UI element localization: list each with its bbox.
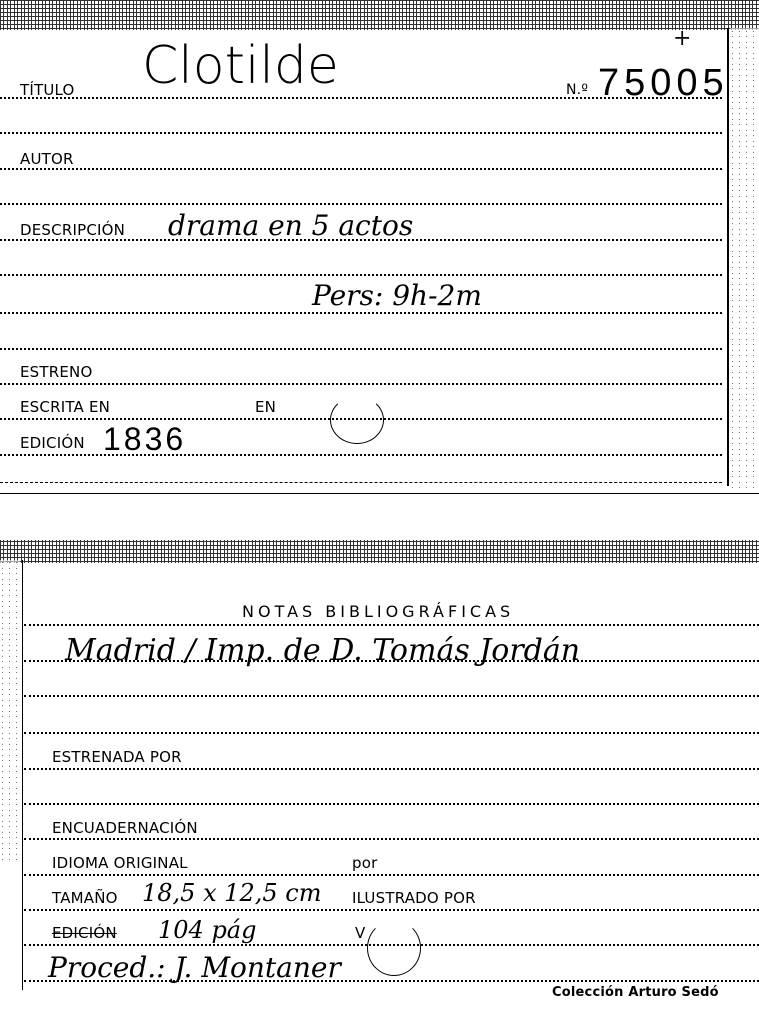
edicion-label: EDICIÓN	[20, 436, 85, 451]
rule-escrita	[0, 418, 722, 420]
tamano-value: 18,5 x 12,5 cm	[142, 881, 322, 905]
catalog-card-bottom: NOTAS BIBLIOGRÁFICAS Madrid / Imp. de D.…	[0, 540, 759, 1028]
estrenada-por-label: ESTRENADA POR	[52, 750, 182, 765]
descripcion-value: drama en 5 actos	[168, 212, 413, 240]
edicion-value: 1836	[103, 423, 186, 455]
rule-estrenada	[24, 768, 759, 770]
descripcion-label: DESCRIPCIÓN	[20, 223, 125, 238]
scan-edge-top	[0, 0, 759, 30]
titulo-value: Clotilde	[142, 40, 339, 92]
rule-edicion-b	[24, 944, 759, 946]
encuadernacion-label: ENCUADERNACIÓN	[52, 821, 198, 836]
rule-autor	[0, 168, 722, 170]
scan-edge-right	[730, 28, 759, 488]
scan-edge-left	[0, 560, 20, 860]
escrita-en-label: ESCRITA EN	[20, 400, 110, 415]
stamp-circle	[367, 920, 421, 976]
rule-edicion	[0, 454, 722, 456]
collection-footer: Colección Arturo Sedó	[552, 986, 719, 999]
rule-procedencia	[24, 980, 759, 982]
descripcion-value-2: Pers: 9h-2m	[312, 282, 482, 310]
rule-b-1	[24, 624, 759, 626]
rule-idioma	[24, 874, 759, 876]
rule-estreno	[0, 383, 722, 385]
ilustrado-por-label: ILUSTRADO POR	[352, 891, 476, 906]
rule-b-4	[24, 732, 759, 734]
stamp-circle	[330, 396, 384, 444]
rule-b-5	[24, 803, 759, 805]
autor-label: AUTOR	[20, 152, 74, 167]
rule-top-2	[0, 203, 722, 205]
en-label: EN	[255, 400, 276, 415]
edicion-value: 104 pág	[158, 918, 256, 942]
scan-edge-top	[0, 540, 759, 563]
idioma-original-label: IDIOMA ORIGINAL	[52, 856, 188, 871]
edicion-label: EDICIÓN	[52, 926, 117, 941]
rule-card-bottom	[0, 482, 722, 483]
catalog-card-top: TÍTULO Clotilde N.º + 75005 AUTOR DESCRI…	[0, 0, 759, 495]
rule-descripcion	[0, 239, 722, 241]
procedencia-value: Proced.: J. Montaner	[48, 954, 341, 982]
v-label: V	[355, 926, 365, 941]
rule-top-1	[0, 132, 722, 134]
numero-mark: +	[673, 28, 691, 50]
por-label: por	[352, 856, 377, 871]
rule-top-4	[0, 348, 722, 350]
rule-pers	[0, 312, 722, 314]
estreno-label: ESTRENO	[20, 365, 93, 380]
numero-label: N.º	[566, 83, 588, 97]
titulo-label: TÍTULO	[20, 83, 75, 98]
tamano-label: TAMAÑO	[52, 891, 118, 906]
rule-titulo	[0, 97, 722, 99]
card-separator	[0, 493, 759, 494]
card-border-left	[22, 560, 23, 990]
rule-b-2	[24, 660, 759, 662]
rule-top-3	[0, 274, 722, 276]
rule-tamano	[24, 909, 759, 911]
rule-b-3	[24, 695, 759, 697]
rule-encuadernacion	[24, 838, 759, 840]
notas-heading: NOTAS BIBLIOGRÁFICAS	[242, 604, 514, 620]
